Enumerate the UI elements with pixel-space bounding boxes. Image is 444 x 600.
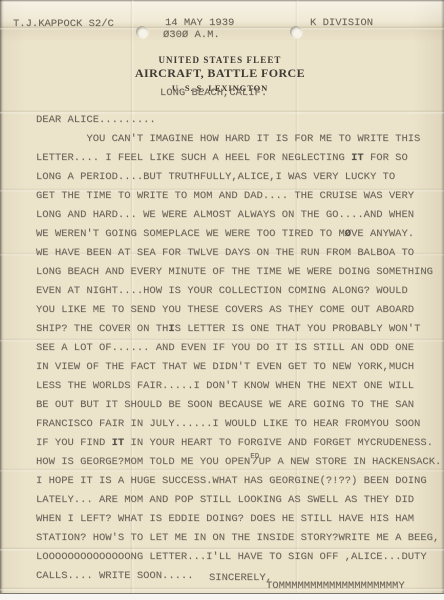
typed-text: WE HAVE BEEN AT SEA FOR TWLVE DAYS ON TH…	[36, 247, 414, 259]
letter-line: YOU CAN'T IMAGINE HOW HARD IT IS FOR ME …	[36, 133, 441, 152]
letter-line: HOW IS GEORGE?MOM TOLD ME YOU OPENED/UP …	[36, 456, 441, 475]
letter-line: LETTER.... I FEEL LIKE SUCH A HEEL FOR N…	[36, 152, 441, 171]
typed-text: SEE A LOT OF...... AND EVEN IF YOU DO IT…	[36, 342, 414, 354]
typed-text: LOOOOOOOOOOOOOONG LETTER...I'LL HAVE TO …	[36, 551, 427, 563]
typed-text: CALLS.... WRITE SOON.....	[36, 570, 194, 582]
typed-text: LESS THE WORLDS FAIR.....I DON'T KNOW WH…	[36, 380, 414, 392]
typed-text: DEAR ALICE.........	[36, 114, 156, 126]
typed-text: STATION? HOW'S TO LET ME IN ON THE INSID…	[36, 532, 439, 544]
closing-valediction: SINCERELY,	[209, 572, 272, 584]
letter-line: SHIP? THE COVER ON THIS LETTER IS ONE TH…	[36, 323, 441, 342]
overstruck-text: IT	[351, 152, 364, 164]
typed-text: WHEN I LEFT? WHAT IS EDDIE DOING? DOES H…	[36, 513, 414, 525]
typed-text: LETTER.... I FEEL LIKE SUCH A HEEL FOR N…	[36, 152, 351, 164]
typed-text: I HOPE IT IS A HUGE SUCCESS.WHAT HAS GEO…	[36, 475, 427, 487]
typed-text: GET THE TIME TO WRITE TO MOM AND DAD....…	[36, 190, 414, 202]
punch-hole	[136, 26, 148, 38]
letter-line: IN VIEW OF THE FACT THAT WE DIDN'T EVEN …	[36, 361, 441, 380]
letter-line: WHEN I LEFT? WHAT IS EDDIE DOING? DOES H…	[36, 513, 441, 532]
typed-text: SHIP? THE COVER ON TH	[36, 323, 168, 335]
typed-text: LONG BEACH AND EVERY MINUTE OF THE TIME …	[36, 266, 433, 278]
sender-name: T.J.KAPPOCK S2/C	[13, 18, 114, 30]
typed-text: S LETTER IS ONE THAT YOU PROBABLY WON'T	[175, 323, 421, 335]
typed-text: BE OUT BUT IT SHOULD BE SOON BECAUSE WE …	[36, 399, 414, 411]
typed-text: WE WEREN'T GOING SOMEPLACE WE WERE TOO T…	[36, 228, 345, 240]
letter-line: DEAR ALICE.........	[36, 114, 441, 133]
letter-line: I HOPE IT IS A HUGE SUCCESS.WHAT HAS GEO…	[36, 475, 441, 494]
typed-text: IN VIEW OF THE FACT THAT WE DIDN'T EVEN …	[36, 361, 414, 373]
location-line: LONG BEACH,CALIF.	[160, 87, 267, 99]
signature: TOMMMMMMMMMMMMMMMMMMMY	[266, 580, 405, 592]
letter-line: GET THE TIME TO WRITE TO MOM AND DAD....…	[36, 190, 441, 209]
typed-text: YOU LIKE ME TO SEND YOU THESE COVERS AS …	[36, 304, 414, 316]
typed-text: HOW IS GEORGE?MOM TOLD ME YOU OPEN	[36, 456, 250, 468]
scan-edge-bottom	[0, 593, 444, 600]
letterhead-fleet-line: UNITED STATES FLEET	[110, 55, 330, 65]
typed-text: EVEN AT NIGHT....HOW IS YOUR COLLECTION …	[36, 285, 408, 297]
typed-text: LATELY... ARE MOM AND POP STILL LOOKING …	[36, 494, 414, 506]
typed-text: VE ANYWAY.	[351, 228, 414, 240]
letter-line: EVEN AT NIGHT....HOW IS YOUR COLLECTION …	[36, 285, 441, 304]
letter-line: BE OUT BUT IT SHOULD BE SOON BECAUSE WE …	[36, 399, 441, 418]
letter-page: T.J.KAPPOCK S2/C 14 MAY 1939 Ø30Ø A.M. K…	[0, 0, 444, 600]
letter-line: LONG BEACH AND EVERY MINUTE OF THE TIME …	[36, 266, 441, 285]
letterhead-force-line: AIRCRAFT, BATTLE FORCE	[110, 66, 330, 81]
letter-line: SEE A LOT OF...... AND EVEN IF YOU DO IT…	[36, 342, 441, 361]
letter-line: WE HAVE BEEN AT SEA FOR TWLVE DAYS ON TH…	[36, 247, 441, 266]
letter-line: LONG AND HARD... WE WERE ALMOST ALWAYS O…	[36, 209, 441, 228]
letter-line: YOU LIKE ME TO SEND YOU THESE COVERS AS …	[36, 304, 441, 323]
scan-edge-left	[0, 0, 4, 600]
division-line: K DIVISION	[310, 17, 373, 29]
typed-text: FRANCISCO FAIR IN JULY......I WOULD LIKE…	[36, 418, 420, 430]
overstruck-text: IT	[112, 437, 125, 449]
typed-text: IF YOU FIND	[36, 437, 112, 449]
letter-line: LOOOOOOOOOOOOOONG LETTER...I'LL HAVE TO …	[36, 551, 441, 570]
typed-text: IN YOUR HEART TO FORGIVE AND FORGET MYCR…	[124, 437, 433, 449]
scan-edge-top	[0, 0, 444, 2]
letter-line: LONG A PERIOD....BUT TRUTHFULLY,ALICE,I …	[36, 171, 441, 190]
letter-line: FRANCISCO FAIR IN JULY......I WOULD LIKE…	[36, 418, 441, 437]
letter-line: WE WEREN'T GOING SOMEPLACE WE WERE TOO T…	[36, 228, 441, 247]
date-line: 14 MAY 1939	[165, 17, 234, 29]
typed-text: LONG AND HARD... WE WERE ALMOST ALWAYS O…	[36, 209, 414, 221]
typed-text: LONG A PERIOD....BUT TRUTHFULLY,ALICE,I …	[36, 171, 395, 183]
letter-line: STATION? HOW'S TO LET ME IN ON THE INSID…	[36, 532, 441, 551]
typed-text: FOR SO	[364, 152, 408, 164]
letter-line: LESS THE WORLDS FAIR.....I DON'T KNOW WH…	[36, 380, 441, 399]
letter-line: IF YOU FIND IT IN YOUR HEART TO FORGIVE …	[36, 437, 441, 456]
punch-hole	[290, 26, 302, 38]
typed-text: YOU CAN'T IMAGINE HOW HARD IT IS FOR ME …	[36, 133, 420, 145]
inserted-correction: ED	[250, 453, 259, 461]
typed-text: /UP A NEW STORE IN HACKENSACK.	[252, 456, 441, 468]
letter-line: LATELY... ARE MOM AND POP STILL LOOKING …	[36, 494, 441, 513]
time-line: Ø30Ø A.M.	[163, 29, 220, 41]
letter-body: DEAR ALICE......... YOU CAN'T IMAGINE HO…	[36, 114, 441, 589]
